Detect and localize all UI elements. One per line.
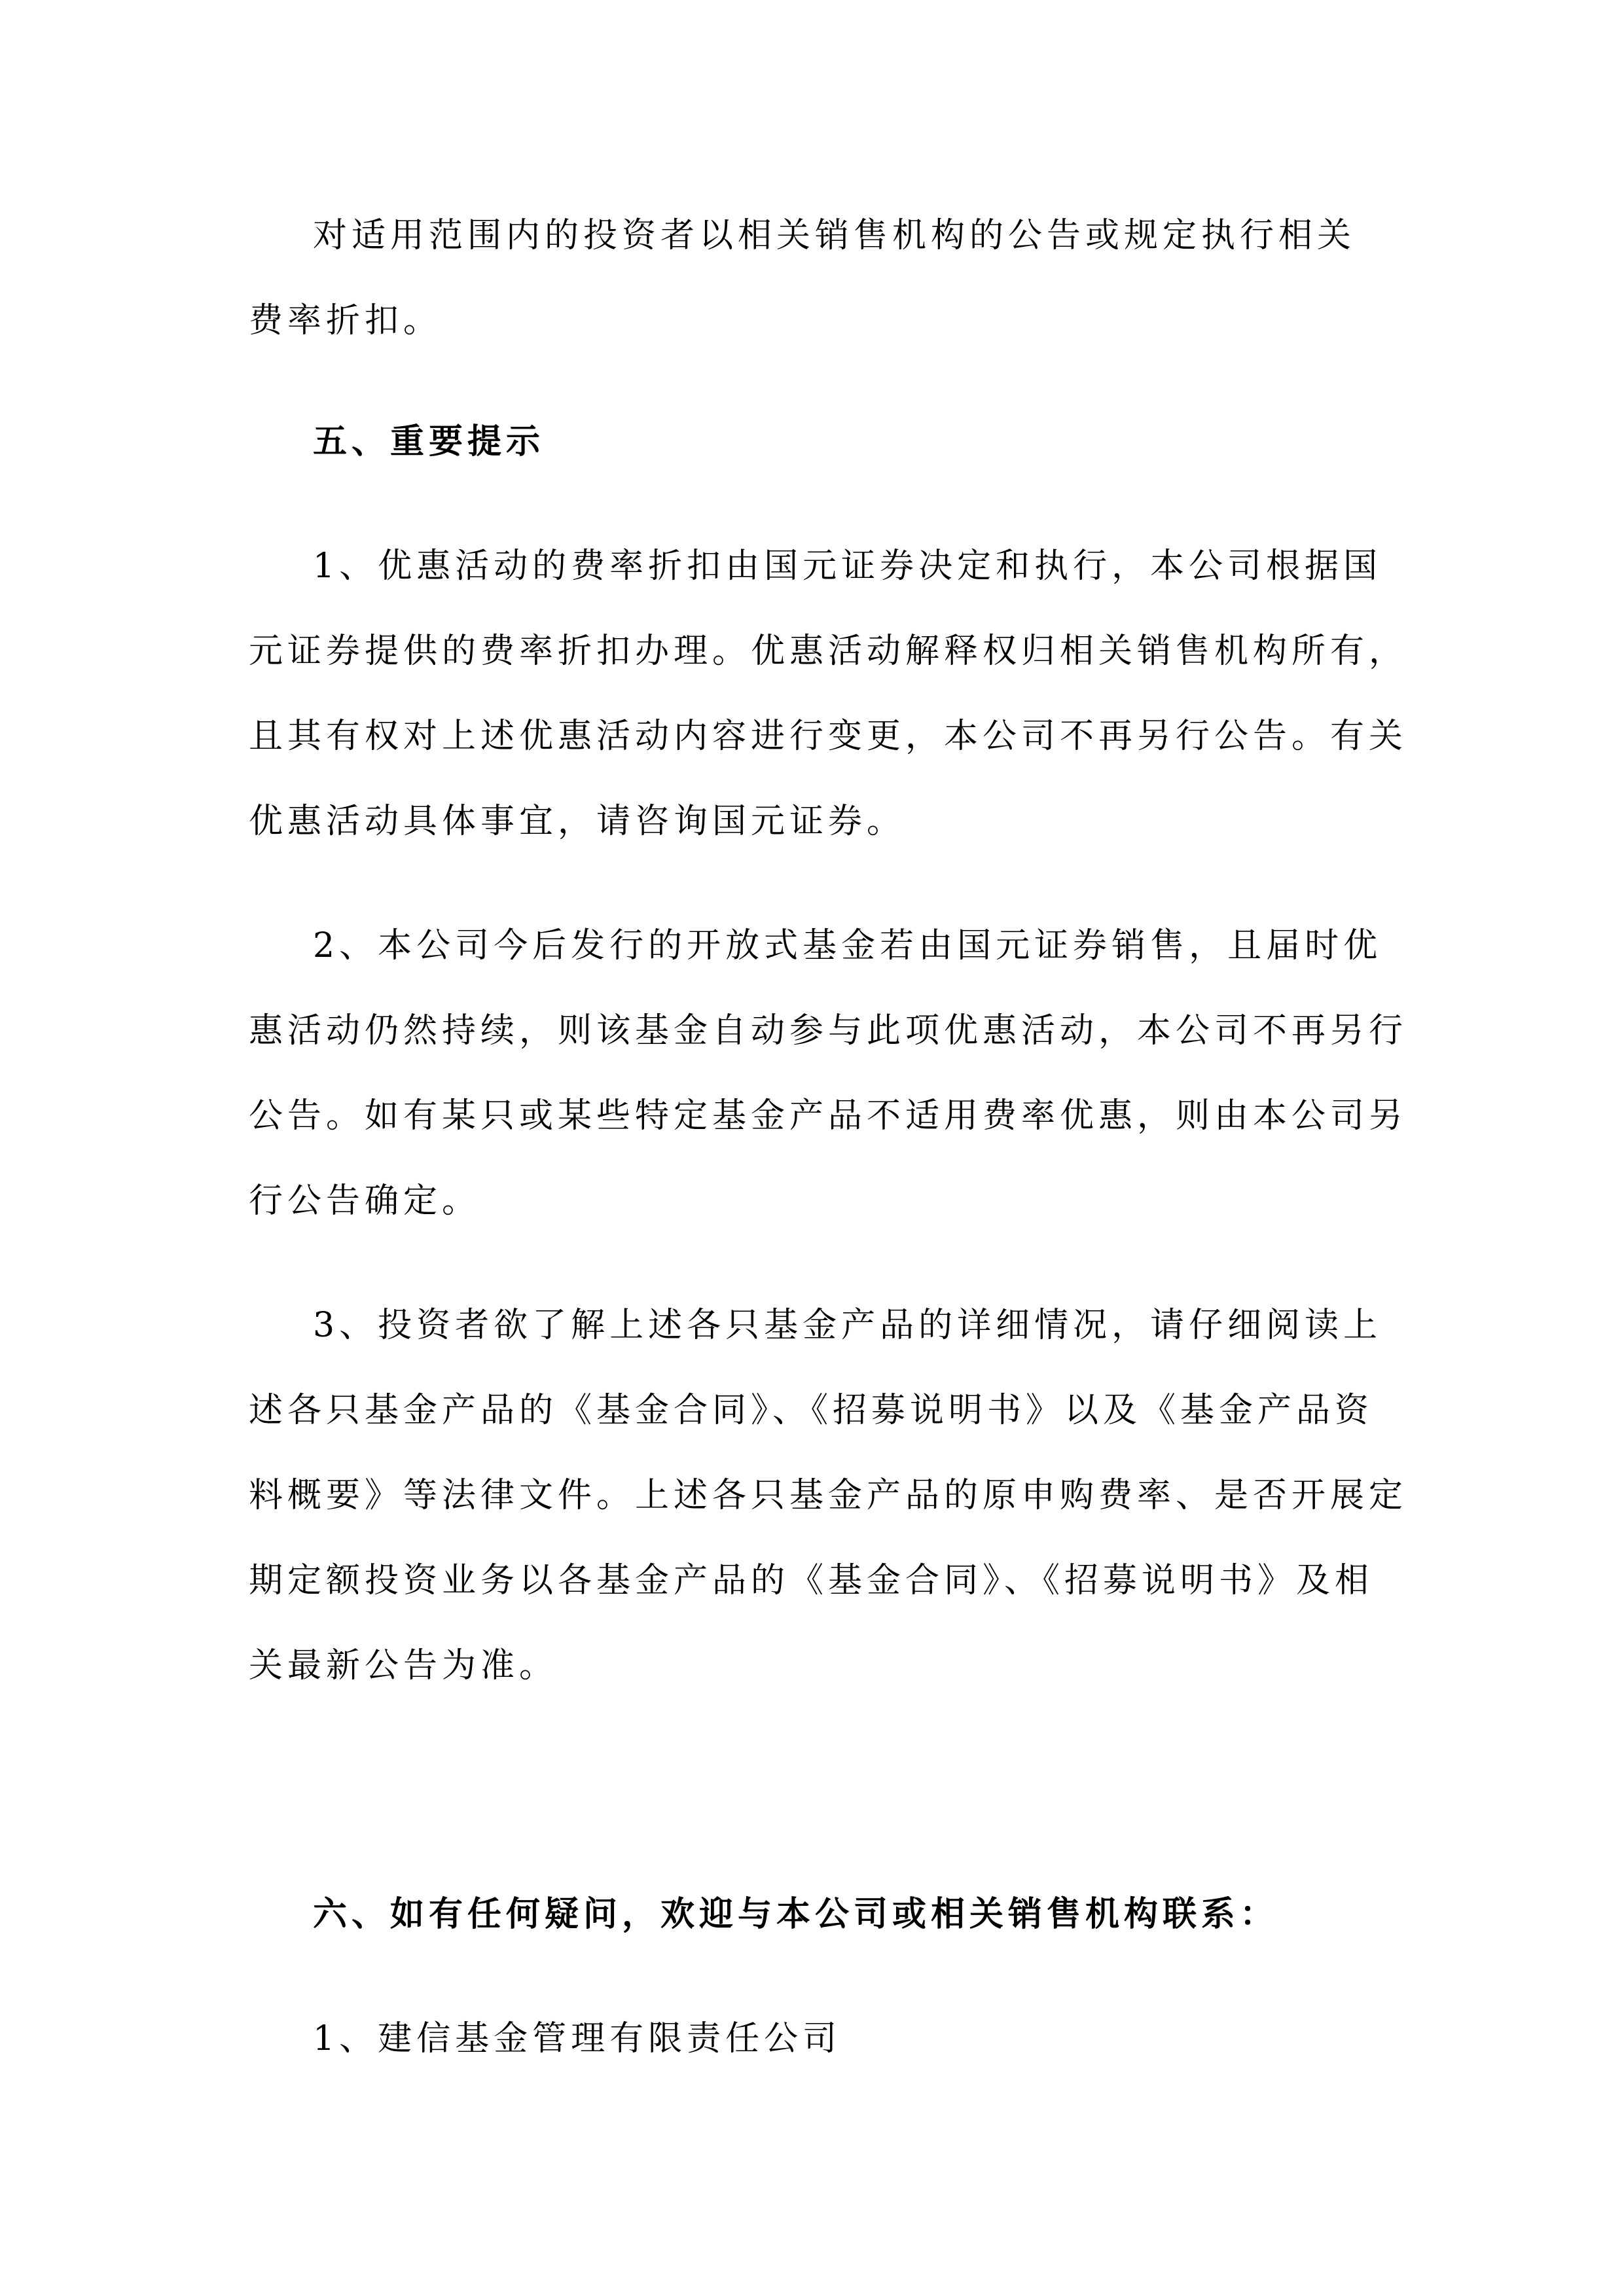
section-five-item-3-line-1: 3、投资者欲了解上述各只基金产品的详细情况，请仔细阅读上 <box>313 1306 1382 1345</box>
section-five-item-3-line-5: 关最新公告为准。 <box>249 1646 558 1685</box>
section-five-item-2-line-2: 惠活动仍然持续，则该基金自动参与此项优惠活动，本公司不再另行 <box>249 1011 1407 1050</box>
section-five-item-1-line-2: 元证券提供的费率折扣办理。优惠活动解释权归相关销售机构所有， <box>249 632 1407 671</box>
section-five-item-3-line-4: 期定额投资业务以各基金产品的《基金合同》、《招募说明书》及相 <box>249 1561 1373 1600</box>
section-six-heading: 六、如有任何疑问，欢迎与本公司或相关销售机构联系： <box>313 1895 1278 1934</box>
section-five-item-3-line-3: 料概要》等法律文件。上述各只基金产品的原申购费率、是否开展定 <box>249 1476 1407 1515</box>
section-five-item-2-line-3: 公告。如有某只或某些特定基金产品不适用费率优惠，则由本公司另 <box>249 1096 1407 1136</box>
contact-item-1: 1、建信基金管理有限责任公司 <box>313 2019 841 2058</box>
section-five-item-1-line-4: 优惠活动具体事宜，请咨询国元证券。 <box>249 802 905 841</box>
section-five-item-1-line-3: 且其有权对上述优惠活动内容进行变更，本公司不再另行公告。有关 <box>249 717 1407 756</box>
intro-paragraph-line-1: 对适用范围内的投资者以相关销售机构的公告或规定执行相关 <box>313 216 1356 255</box>
intro-paragraph-line-2: 费率折扣。 <box>249 301 442 340</box>
section-five-heading: 五、重要提示 <box>313 422 545 461</box>
section-five-item-3-line-2: 述各只基金产品的《基金合同》、《招募说明书》以及《基金产品资 <box>249 1391 1373 1430</box>
section-five-item-1-line-1: 1、优惠活动的费率折扣由国元证券决定和执行，本公司根据国 <box>313 547 1382 586</box>
section-five-item-2-line-4: 行公告确定。 <box>249 1181 480 1221</box>
section-five-item-2-line-1: 2、本公司今后发行的开放式基金若由国元证券销售，且届时优 <box>313 926 1382 965</box>
